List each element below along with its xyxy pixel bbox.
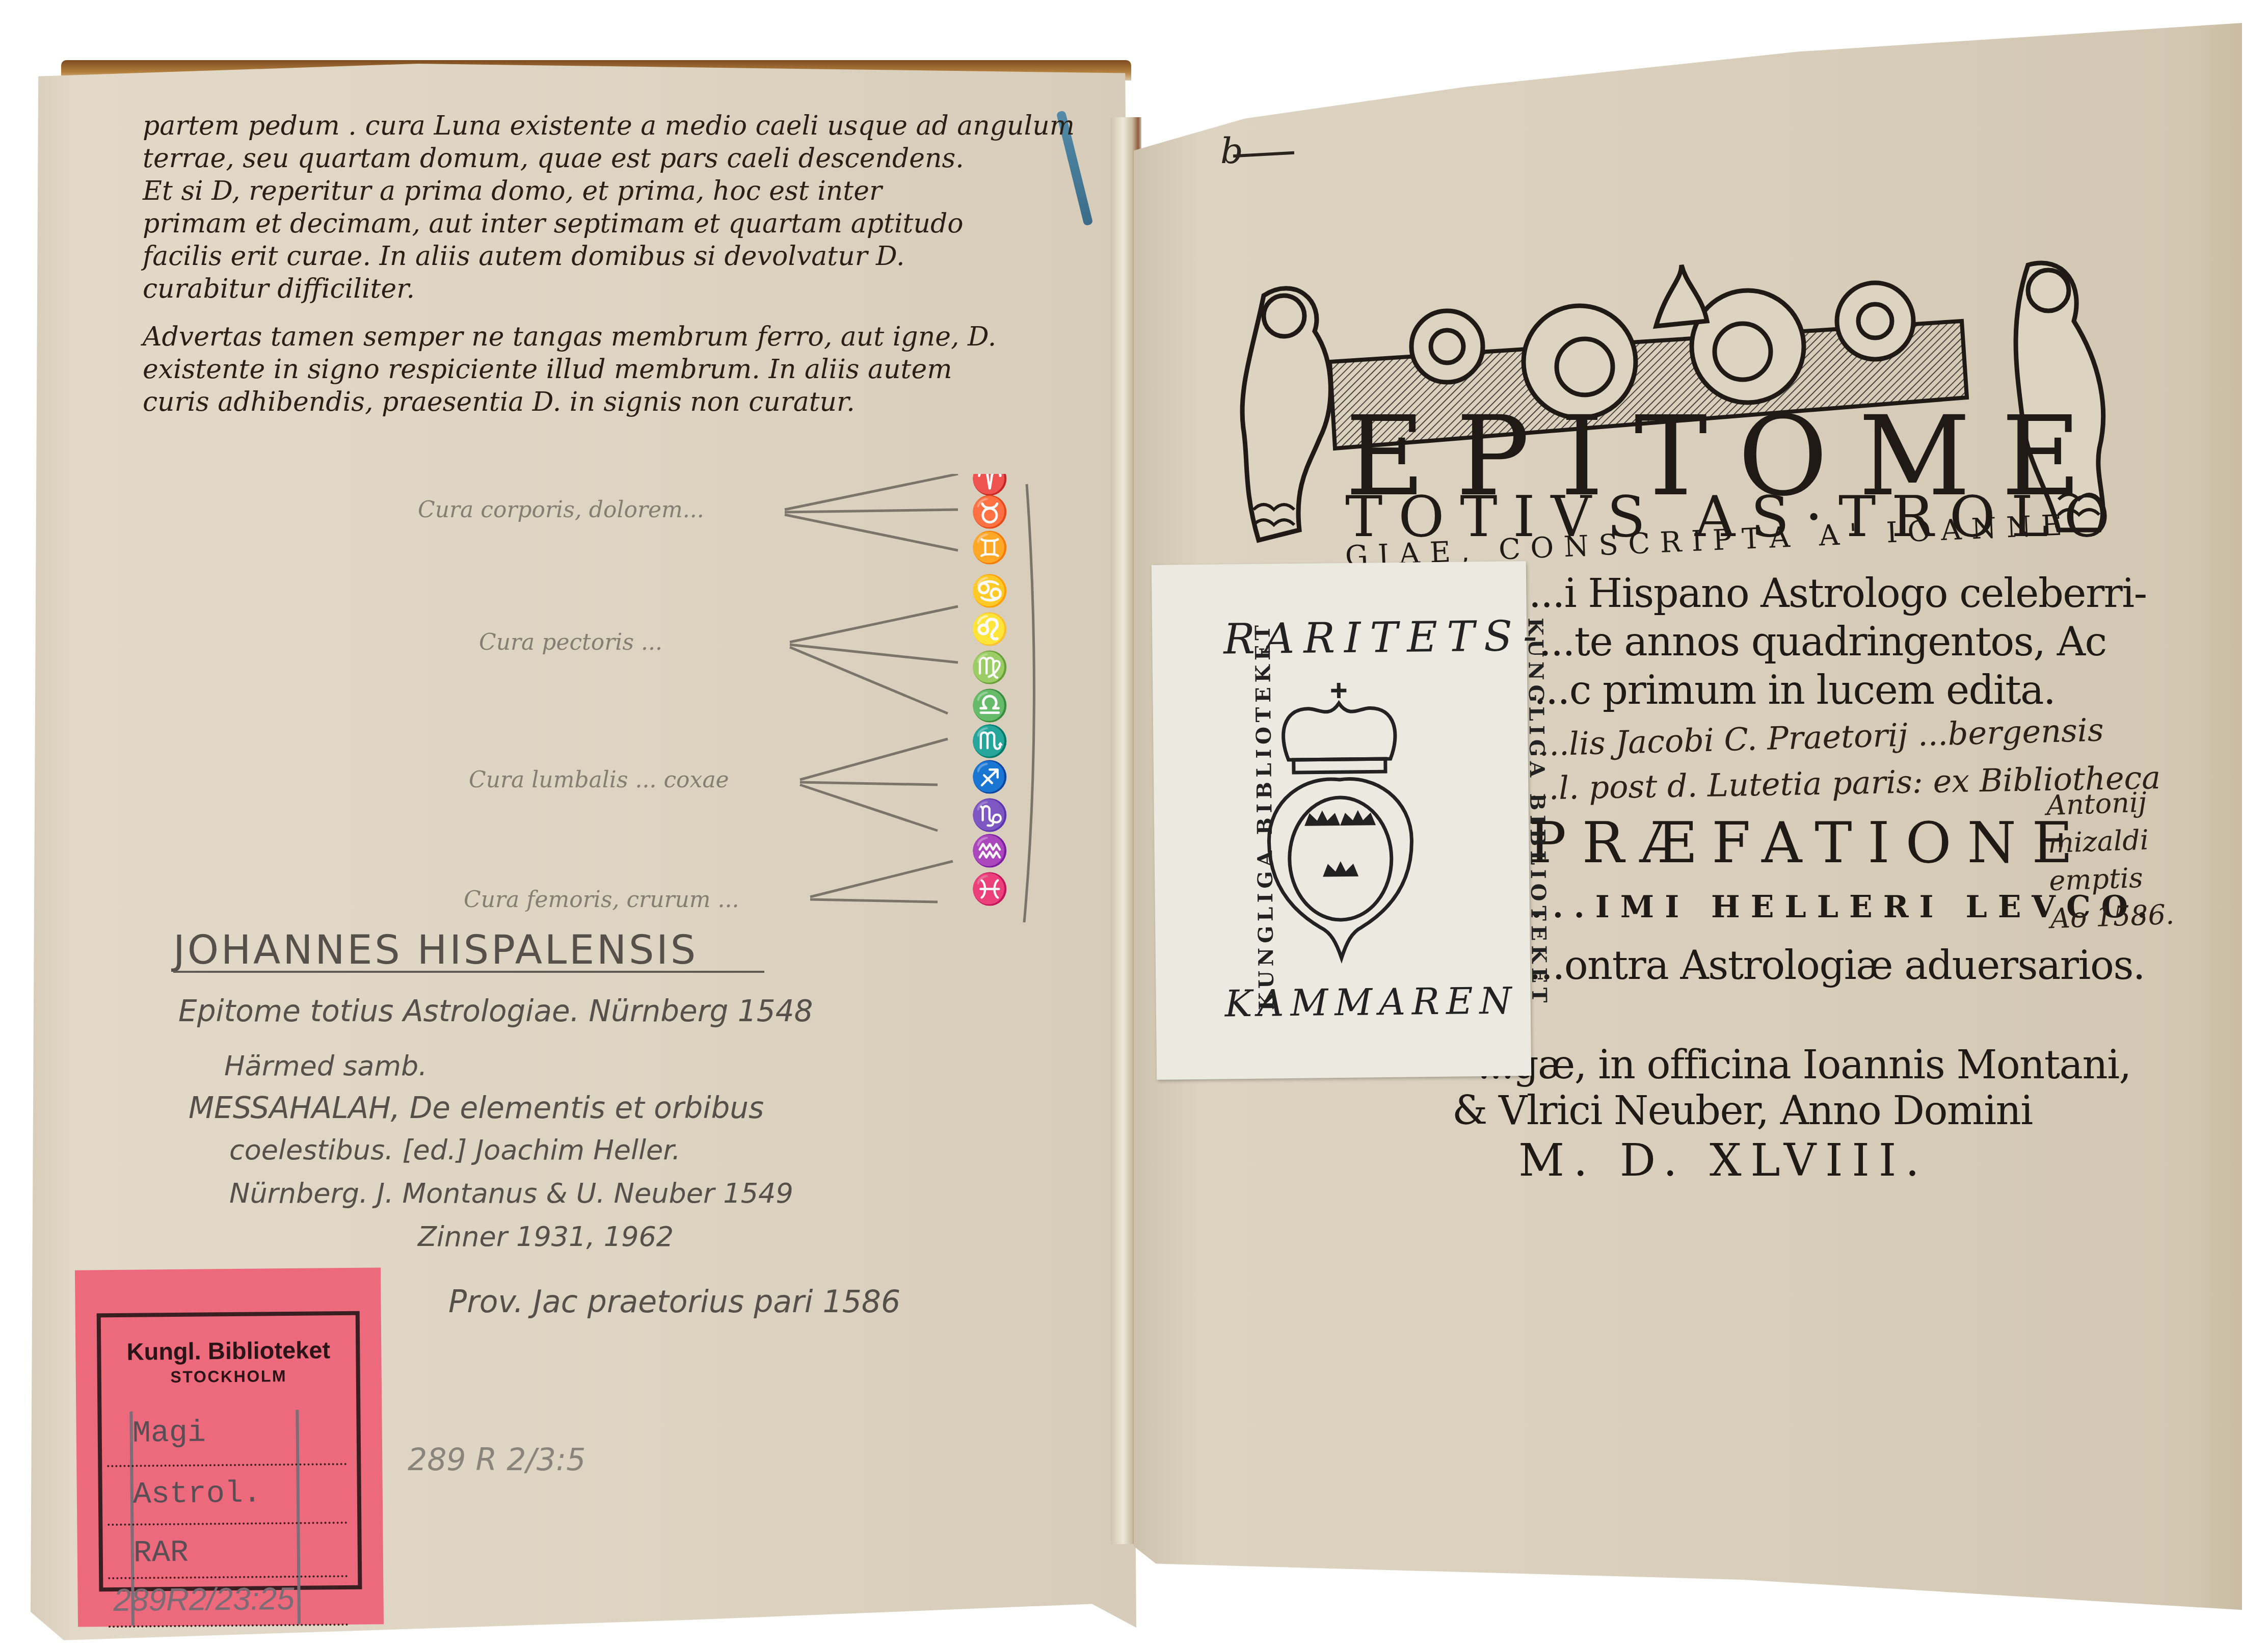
catalogue-bound-with: Härmed samb. <box>224 1050 427 1082</box>
gemini-sign: ♊ <box>971 530 1009 566</box>
inscription-line: emptis <box>2048 858 2174 900</box>
folio-signature-mark: b <box>1220 130 1243 172</box>
title-line-praefatione: PRÆFATIONE <box>1529 810 2089 875</box>
imprint-publisher: & Vlrici Neuber, Anno Domini <box>1452 1088 2033 1134</box>
provenance-note: Prov. Jac praetorius pari 1586 <box>448 1284 900 1320</box>
rarity-cabinet-bookmark-slip: RARITETS- KUNGLIGA BIBLIOTEKET KUNGLIGA … <box>1152 561 1532 1080</box>
imprint-date: M. D. XLVIII. <box>1518 1134 1929 1186</box>
catalogue-title: Epitome totius Astrologiae. Nürnberg 154… <box>178 994 813 1028</box>
catalogue-author: JOHANNES HISPALENSIS <box>173 927 698 973</box>
margin-inscription-mizaldi: Antonij mizaldi emptis Ao 1586. <box>2046 783 2175 938</box>
label-library-name: Kungl. Biblioteket <box>101 1336 356 1366</box>
sagittarius-sign: ♐ <box>971 759 1009 795</box>
label-field-class: Astrol. <box>133 1476 262 1512</box>
diagram-branch-label: Cura femoris, crurum ... <box>464 887 739 913</box>
slip-side-text: KUNGLIGA BIBLIOTEKET <box>1523 618 1551 1007</box>
label-city: STOCKHOLM <box>101 1366 356 1387</box>
diagram-branch-label: Cura lumbalis ... coxae <box>469 767 729 793</box>
inscription-line: mizaldi <box>2047 820 2172 862</box>
manuscript-line: Advertas tamen semper ne tangas membrum … <box>143 321 1111 353</box>
cancer-sign: ♋ <box>971 573 1009 609</box>
manuscript-line: curabitur difficiliter. <box>143 273 1111 305</box>
manuscript-line: terrae, seu quartam domum, quae est pars… <box>143 142 1111 175</box>
author-underline <box>173 971 764 973</box>
virgo-sign: ♍ <box>971 650 1009 685</box>
title-line-primum: ...c primum in lucem edita. <box>1534 668 2055 713</box>
manuscript-line: facilis erit curae. In aliis autem domib… <box>143 240 1111 273</box>
title-line-hispano: ...i Hispano Astrologo celeberri- <box>1529 571 2147 617</box>
inscription-line: Antonij <box>2046 783 2171 825</box>
diagram-branch-label: Cura corporis, dolorem... <box>418 497 704 523</box>
catalogue-reference: Zinner 1931, 1962 <box>418 1220 674 1253</box>
slip-footer: KAMMAREN <box>1224 979 1518 1025</box>
diagram-branch-label: Cura pectoris ... <box>479 629 662 655</box>
zodiac-melothesia-diagram: ♈ ♉ ♊ ♋ ♌ ♍ ♎ ♏ ♐ ♑ ♒ ♓ Cura corporis, d… <box>326 474 1080 922</box>
aries-sign: ♈ <box>971 474 1009 497</box>
manuscript-line: partem pedum . cura Luna existente a med… <box>143 110 1111 142</box>
manuscript-text-block: partem pedum . cura Luna existente a med… <box>143 110 1111 418</box>
manuscript-line: Et si D, reperitur a prima domo, et prim… <box>143 175 1111 207</box>
pisces-sign: ♓ <box>971 871 1009 907</box>
faded-shelfmark: 289 R 2/3:5 <box>408 1442 585 1478</box>
catalogue-second-work: MESSAHALAH, De elementis et orbibus <box>189 1091 764 1125</box>
title-line-contra: ...ontra Astrologiæ aduersarios. <box>1529 943 2145 989</box>
leo-sign: ♌ <box>971 612 1009 647</box>
capricorn-sign: ♑ <box>971 798 1009 833</box>
manuscript-line: primam et decimam, aut inter septimam et… <box>143 207 1111 240</box>
imprint-printer: ...gæ, in officina Ioannis Montani, <box>1478 1042 2131 1088</box>
label-shelfmark: 289R2/23:25 <box>113 1581 295 1618</box>
taurus-sign: ♉ <box>971 494 1009 530</box>
label-field-subject: Magi <box>132 1416 206 1451</box>
library-shelf-label: Kungl. Biblioteket STOCKHOLM Magi Astrol… <box>75 1267 384 1627</box>
manuscript-line: curis adhibendis, praesentia D. in signi… <box>143 386 1111 418</box>
inscription-line: Ao 1586. <box>2050 896 2175 938</box>
crowned-coat-of-arms-icon <box>1247 672 1433 969</box>
label-field-collection: RAR <box>134 1536 189 1571</box>
catalogue-second-work: coelestibus. [ed.] Joachim Heller. <box>229 1134 681 1166</box>
scorpio-sign: ♏ <box>971 724 1009 759</box>
aquarius-sign: ♒ <box>971 833 1009 869</box>
title-line-annos: ...te annos quadringentos, Ac <box>1539 619 2106 665</box>
label-frame: Kungl. Biblioteket STOCKHOLM Magi Astrol… <box>97 1311 362 1591</box>
libra-sign: ♎ <box>971 688 1009 724</box>
catalogue-second-work: Nürnberg. J. Montanus & U. Neuber 1549 <box>229 1177 793 1209</box>
manuscript-line: existente in signo respiciente illud mem… <box>143 353 1111 386</box>
